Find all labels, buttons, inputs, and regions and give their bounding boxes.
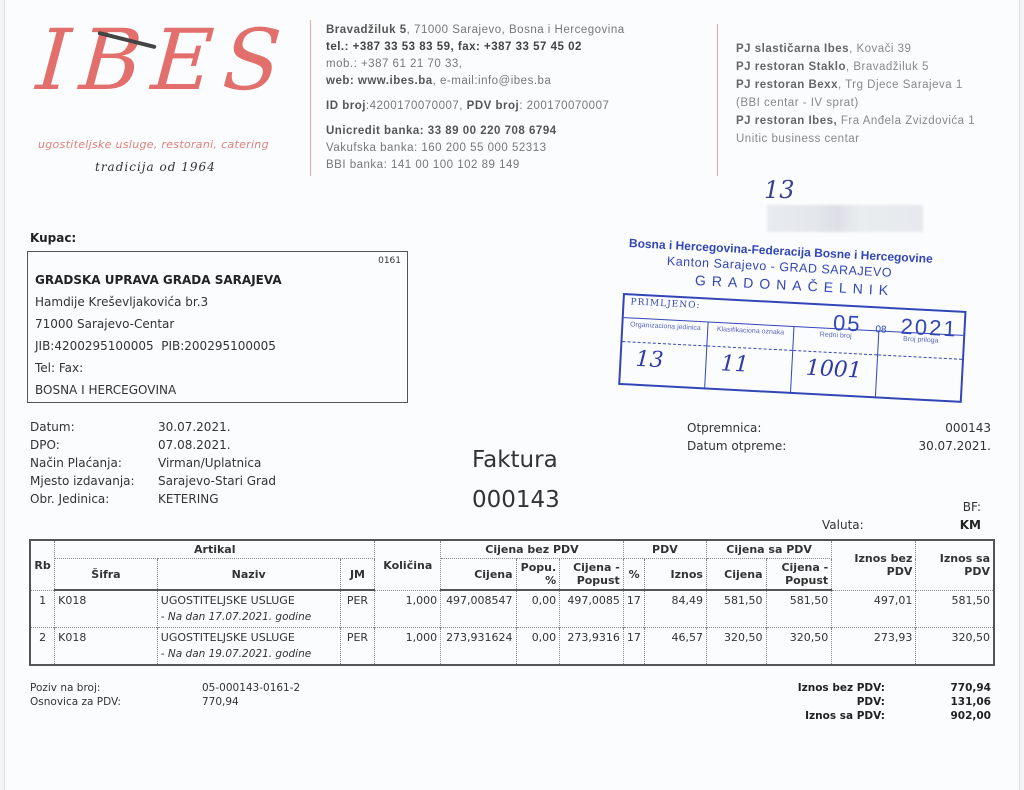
total-row: Iznos sa PDV:902,00 [765,709,991,723]
table-row: 1 K018 UGOSTITELJSKE USLUGE- Na dan 17.0… [30,590,994,628]
buyer-box: 0161 GRADSKA UPRAVA GRADA SARAJEVA Hamdi… [27,251,408,403]
branch-item: (BBI centar - IV sprat) [736,94,975,112]
logo-wordmark: IBES [34,18,294,102]
buyer-label: Kupac: [30,231,76,245]
buyer-country: BOSNA I HERCEGOVINA [35,379,407,401]
company-email: , e-mail:info@ibes.ba [433,75,552,87]
col-naziv: Naziv [157,559,340,591]
meta-row: Mjesto izdavanja:Sarajevo-Stari Grad [30,472,276,490]
bank-vakufska: Vakufska banka: 160 200 55 000 52313 [326,140,625,157]
divider [717,24,718,176]
received-stamp: Bosna i Hercegovina-Federacija Bosne i H… [617,231,977,411]
footer-row: Poziv na broj:05-000143-0161-2 [30,681,300,695]
col-pdv: PDV [623,540,706,559]
branch-item: Unitic business centar [736,130,975,148]
branch-item: PJ slastičarna Ibes, Kovači 39 [736,40,975,58]
company-info: Bravadžiluk 5, 71000 Sarajevo, Bosna i H… [326,22,625,174]
shipping-row: Otpremnica:000143 [687,419,991,437]
items-table: Rb Artikal Količina Cijena bez PDV PDV C… [29,539,995,666]
branch-item: PJ restoran Staklo, Bravadžiluk 5 [736,58,975,76]
stamp-received-label: PRIMLJENO: [630,297,700,311]
bf-label: BF: [963,500,981,514]
buyer-city: 71000 Sarajevo-Centar [35,313,407,335]
handwritten-number: 13 [764,176,795,204]
col-iznos-bez-pdv: Iznos bez PDV [832,540,916,590]
company-address-street: Bravadžiluk 5 [326,24,407,36]
col-artikal: Artikal [55,540,375,559]
divider [310,20,311,176]
branch-list: PJ slastičarna Ibes, Kovači 39 PJ restor… [736,40,975,148]
id-label: ID broj [326,100,366,112]
company-logo: IBES ugostiteljske usluge, restorani, ca… [35,18,265,188]
col-popust: Popu. % [516,559,560,591]
total-row: PDV:131,06 [765,695,991,709]
branch-item: PJ restoran Ibes, Fra Anđela Zvizdovića … [736,112,975,130]
col-rb: Rb [30,540,55,590]
meta-row: Način Plaćanja:Virman/Uplatnica [30,454,276,472]
meta-row: DPO:07.08.2021. [30,436,276,454]
footer-row: Osnovica za PDV:770,94 [30,695,300,709]
branch-item: PJ restoran Bexx, Trg Djece Sarajeva 1 [736,76,975,94]
meta-row: Datum:30.07.2021. [30,418,276,436]
logo-since: tradicija od 1964 [95,160,216,174]
table-row: 2 K018 UGOSTITELJSKE USLUGE- Na dan 19.0… [30,628,994,666]
buyer-phone: Tel: Fax: [35,357,407,379]
total-row: Iznos bez PDV:770,94 [765,681,991,695]
buyer-code: 0161 [378,255,401,267]
col-kolicina: Količina [375,540,441,590]
col-sifra: Šifra [55,559,158,591]
logo-tagline: ugostiteljske usluge, restorani, caterin… [38,138,269,151]
pdv-value: : 200170070007 [519,100,609,112]
col-jm: JM [340,559,375,591]
buyer-ids: JIB:4200295100005 PIB:200295100005 [35,335,407,357]
totals: Iznos bez PDV:770,94 PDV:131,06 Iznos sa… [765,681,991,723]
invoice-number: 000143 [472,480,560,520]
buyer-street: Hamdije Kreševljakovića br.3 [35,291,407,313]
shipping-info: Otpremnica:000143 Datum otpreme:30.07.20… [687,419,991,455]
stamp-box: PRIMLJENO: 05082021 Organizaciona jedini… [618,293,966,403]
company-phone: tel.: +387 33 53 83 59, fax: +387 33 57 … [326,39,625,56]
currency-label: Valuta: [822,518,864,532]
invoice-title: Faktura [472,440,560,480]
col-cijena-sa: Cijena [706,559,766,591]
buyer-name: GRADSKA UPRAVA GRADA SARAJEVA [35,269,407,291]
currency-value: KM [960,518,981,532]
col-cijena-popust: Cijena - Popust [560,559,624,591]
payment-reference: Poziv na broj:05-000143-0161-2 Osnovica … [30,681,300,709]
col-pdv-iznos: Iznos [645,559,707,591]
pdv-label: PDV broj [467,100,520,112]
company-web: web: www.ibes.ba [326,75,433,87]
col-cijena-sa-popust: Cijena - Popust [766,559,832,591]
stamp-cell: Broj priloga [876,331,964,402]
col-cijena-bez-pdv: Cijena bez PDV [441,540,624,559]
company-mobile: mob.: +387 61 21 70 33, [326,56,625,73]
company-address-city: , 71000 Sarajevo, Bosna i Hercegovina [407,24,625,36]
invoice-meta: Datum:30.07.2021. DPO:07.08.2021. Način … [30,418,276,508]
stamp-cell: Klasifikaciona oznaka11 [705,323,794,394]
col-pdv-pct: % [623,559,645,591]
meta-row: Obr. Jedinica:KETERING [30,490,276,508]
bank-bbi: BBI banka: 141 00 100 102 89 149 [326,157,625,174]
bank-unicredit: Unicredit banka: 33 89 00 220 708 6794 [326,125,557,137]
col-cijena-sa-pdv: Cijena sa PDV [706,540,831,559]
invoice-page: IBES ugostiteljske usluge, restorani, ca… [4,0,1020,790]
id-value: :4200170070007, [366,100,467,112]
col-cijena: Cijena [441,559,516,591]
stamp-cell: Organizaciona jedinica13 [620,318,709,389]
col-iznos-sa-pdv: Iznos sa PDV [916,540,994,590]
redacted-area [767,205,923,232]
shipping-row: Datum otpreme:30.07.2021. [687,437,991,455]
stamp-cell: Redni broj1001 [790,327,879,398]
document-title: Faktura 000143 [472,440,560,520]
